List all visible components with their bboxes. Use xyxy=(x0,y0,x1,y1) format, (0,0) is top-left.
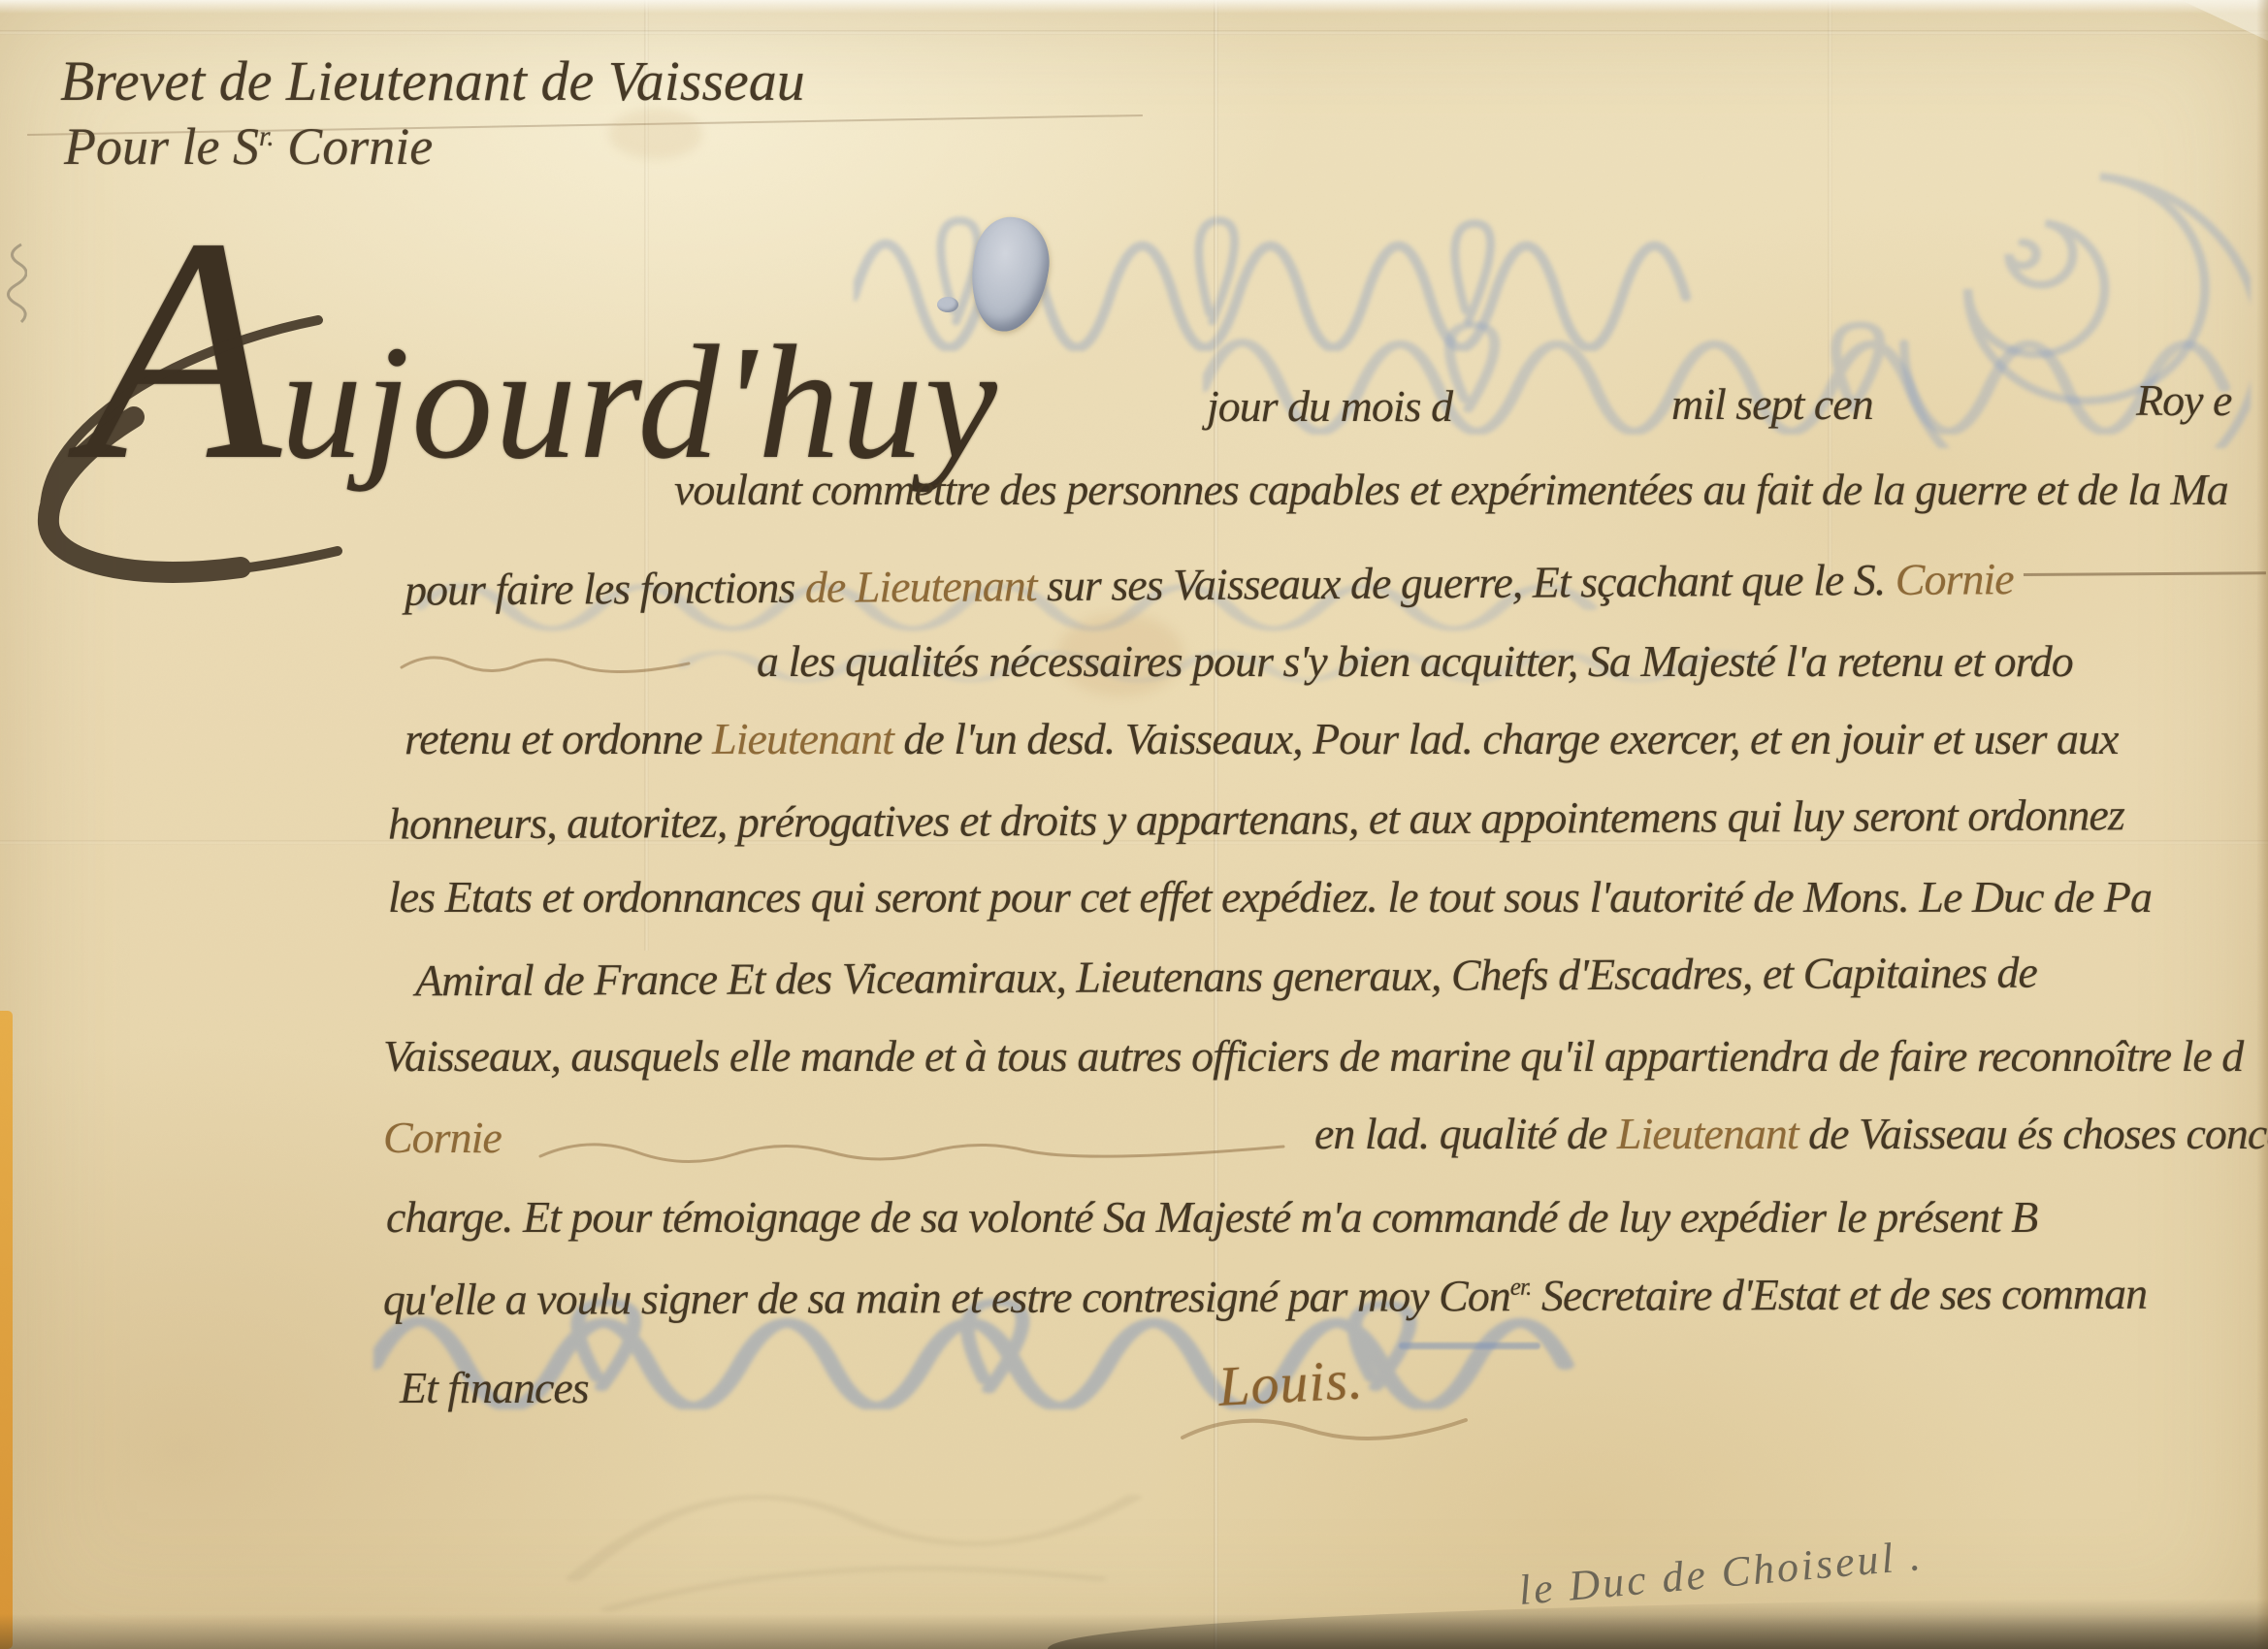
parchment-page: Brevet de Lieutenant de Vaisseau Pour le… xyxy=(0,0,2268,1649)
paper-grain-texture xyxy=(0,0,2268,1649)
